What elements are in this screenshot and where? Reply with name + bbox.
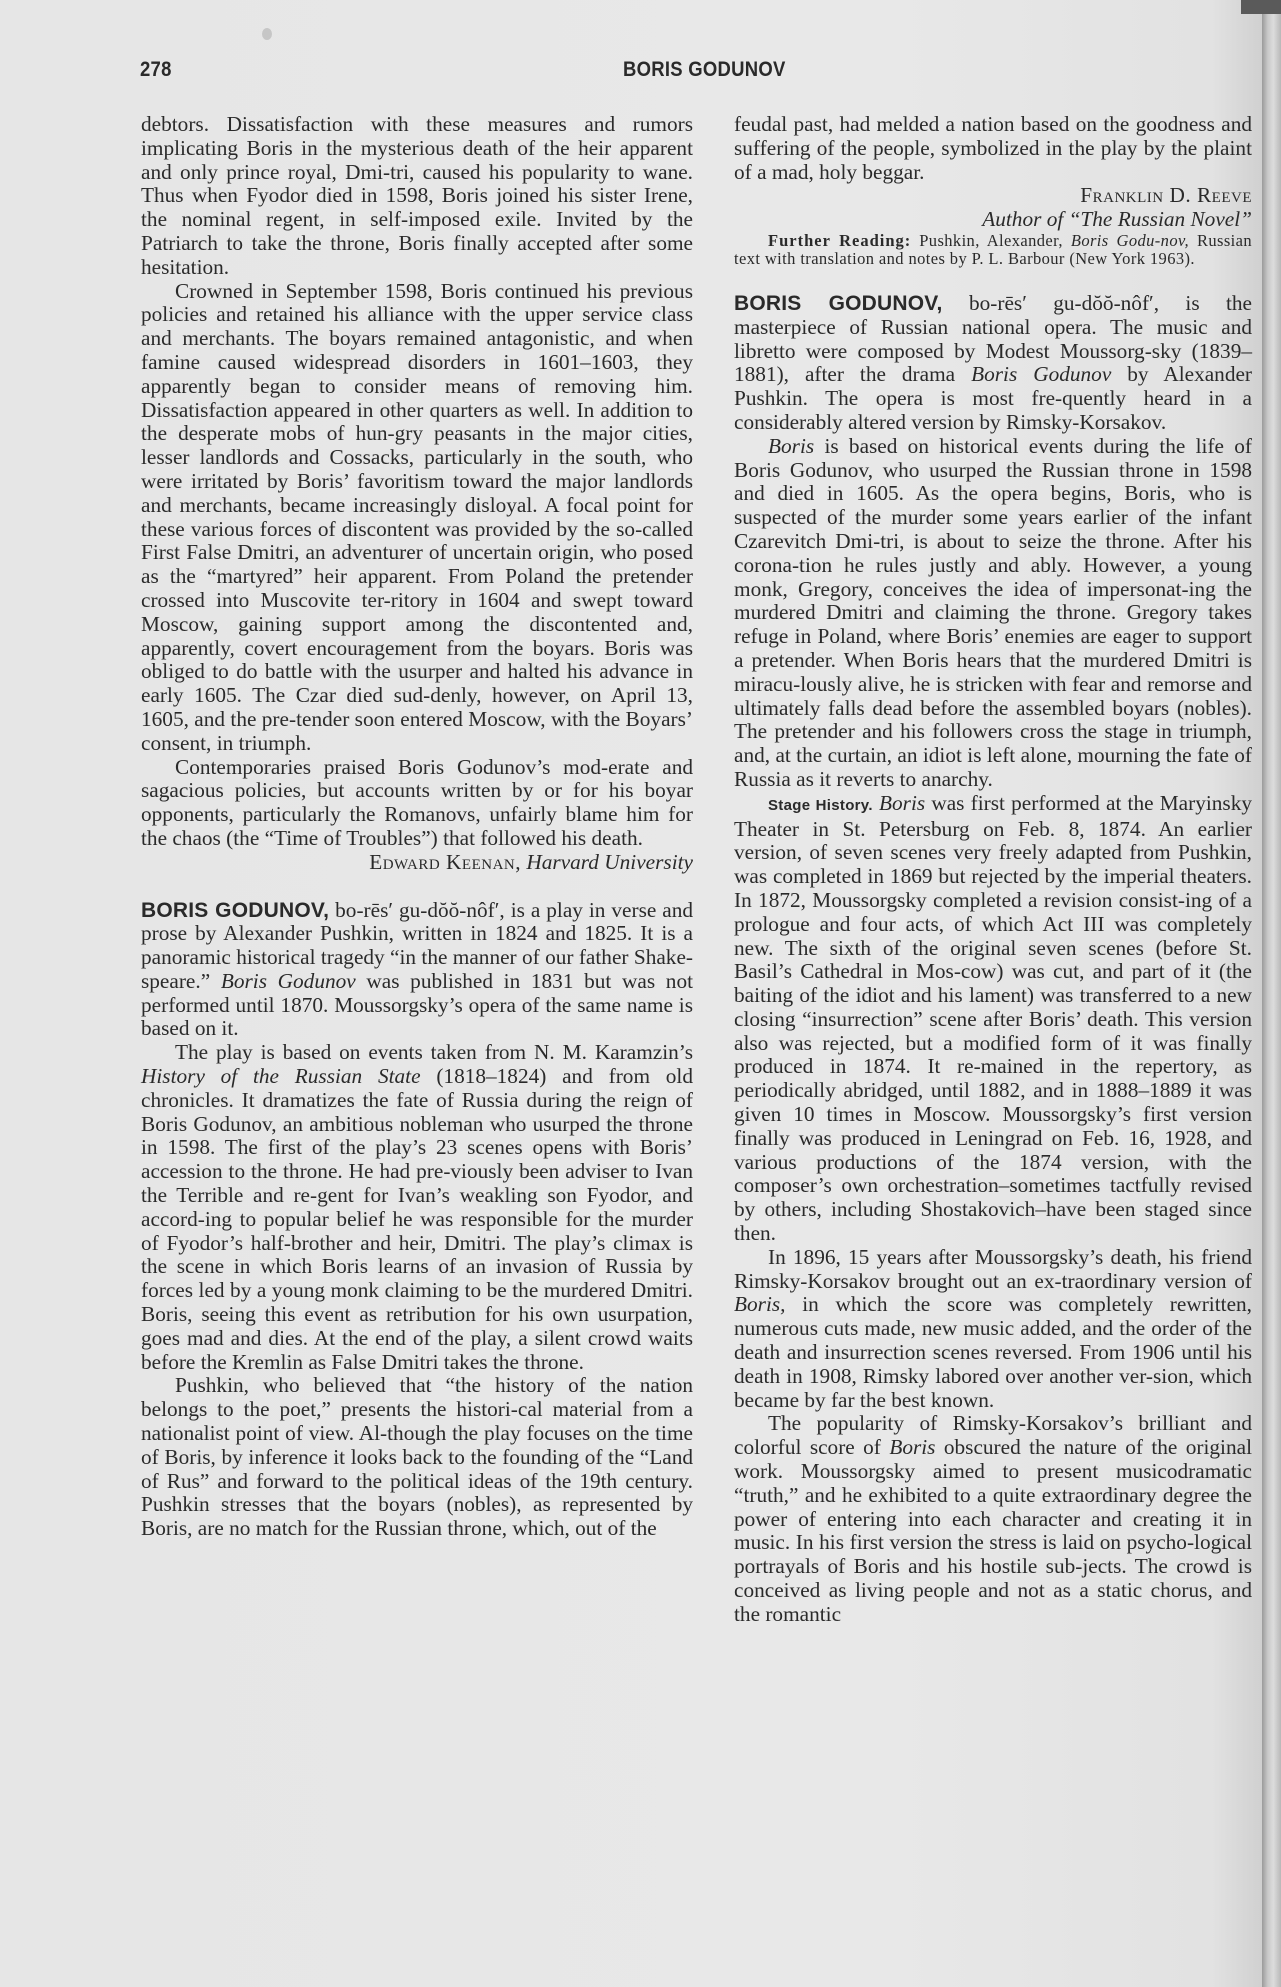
paragraph: The play is based on events taken from N… [141,1041,693,1374]
entry-headword: BORIS GODUNOV, [141,899,329,922]
entry-paragraph: BORIS GODUNOV, bo-rēs′ gu-dŏŏ-nôf′, is a… [141,899,693,1042]
author-signature: Franklin D. Reeve [734,184,1252,208]
work-title: Boris Godunov [971,362,1111,386]
work-title: Boris [879,791,925,815]
book-spine-shadow [1241,0,1281,14]
page-number: 278 [140,58,172,82]
paragraph: Crowned in September 1598, Boris continu… [141,280,693,756]
pronunciation: bo-rēs′ gu-dŏŏ-nôf′, [335,898,505,922]
paragraph: feudal past, had melded a nation based o… [734,113,1252,184]
book-page: 278 BORIS GODUNOV debtors. Dissatisfacti… [0,0,1262,1987]
author-affiliation: Author of “The Russian Novel” [982,207,1252,231]
author-signature: Edward Keenan, Harvard University [141,851,693,875]
author-affiliation: Harvard University [526,850,693,874]
entry-headword: BORIS GODUNOV, [734,292,943,315]
work-title: Boris Godunov [221,969,356,993]
running-head: BORIS GODUNOV [623,58,786,82]
left-column: debtors. Dissatisfaction with these meas… [141,113,693,1541]
further-reading: Further Reading: Pushkin, Alexander, Bor… [734,232,1252,268]
section-label: Stage History. [768,797,873,814]
pronunciation: bo-rēs′ gu-dŏŏ-nôf′, [969,291,1159,315]
paragraph: Contemporaries praised Boris Godunov’s m… [141,756,693,851]
work-title: Boris Godu-nov, [1071,231,1189,250]
paragraph: Pushkin, who believed that “the history … [141,1374,693,1541]
right-column: feudal past, had melded a nation based o… [734,113,1252,1627]
entry-paragraph: BORIS GODUNOV, bo-rēs′ gu-dŏŏ-nôf′, is t… [734,292,1252,435]
book-page-edge [1262,0,1281,1987]
page-header: 278 BORIS GODUNOV [0,58,1281,88]
work-title: History of the Russian State [141,1064,421,1088]
paragraph: In 1896, 15 years after Moussorgsky’s de… [734,1246,1252,1413]
paragraph: The popularity of Rimsky-Korsakov’s bril… [734,1412,1252,1626]
author-name: Edward Keenan, [369,850,521,874]
work-title: Boris [768,434,814,458]
work-title: Boris [889,1435,935,1459]
page-smudge [262,28,272,40]
paragraph: debtors. Dissatisfaction with these meas… [141,113,693,280]
work-title: Boris, [734,1292,785,1316]
further-reading-label: Further Reading: [768,231,911,250]
author-name: Franklin D. Reeve [1080,183,1252,207]
paragraph: Boris is based on historical events duri… [734,435,1252,792]
paragraph: Stage History. Boris was first performed… [734,792,1252,1246]
